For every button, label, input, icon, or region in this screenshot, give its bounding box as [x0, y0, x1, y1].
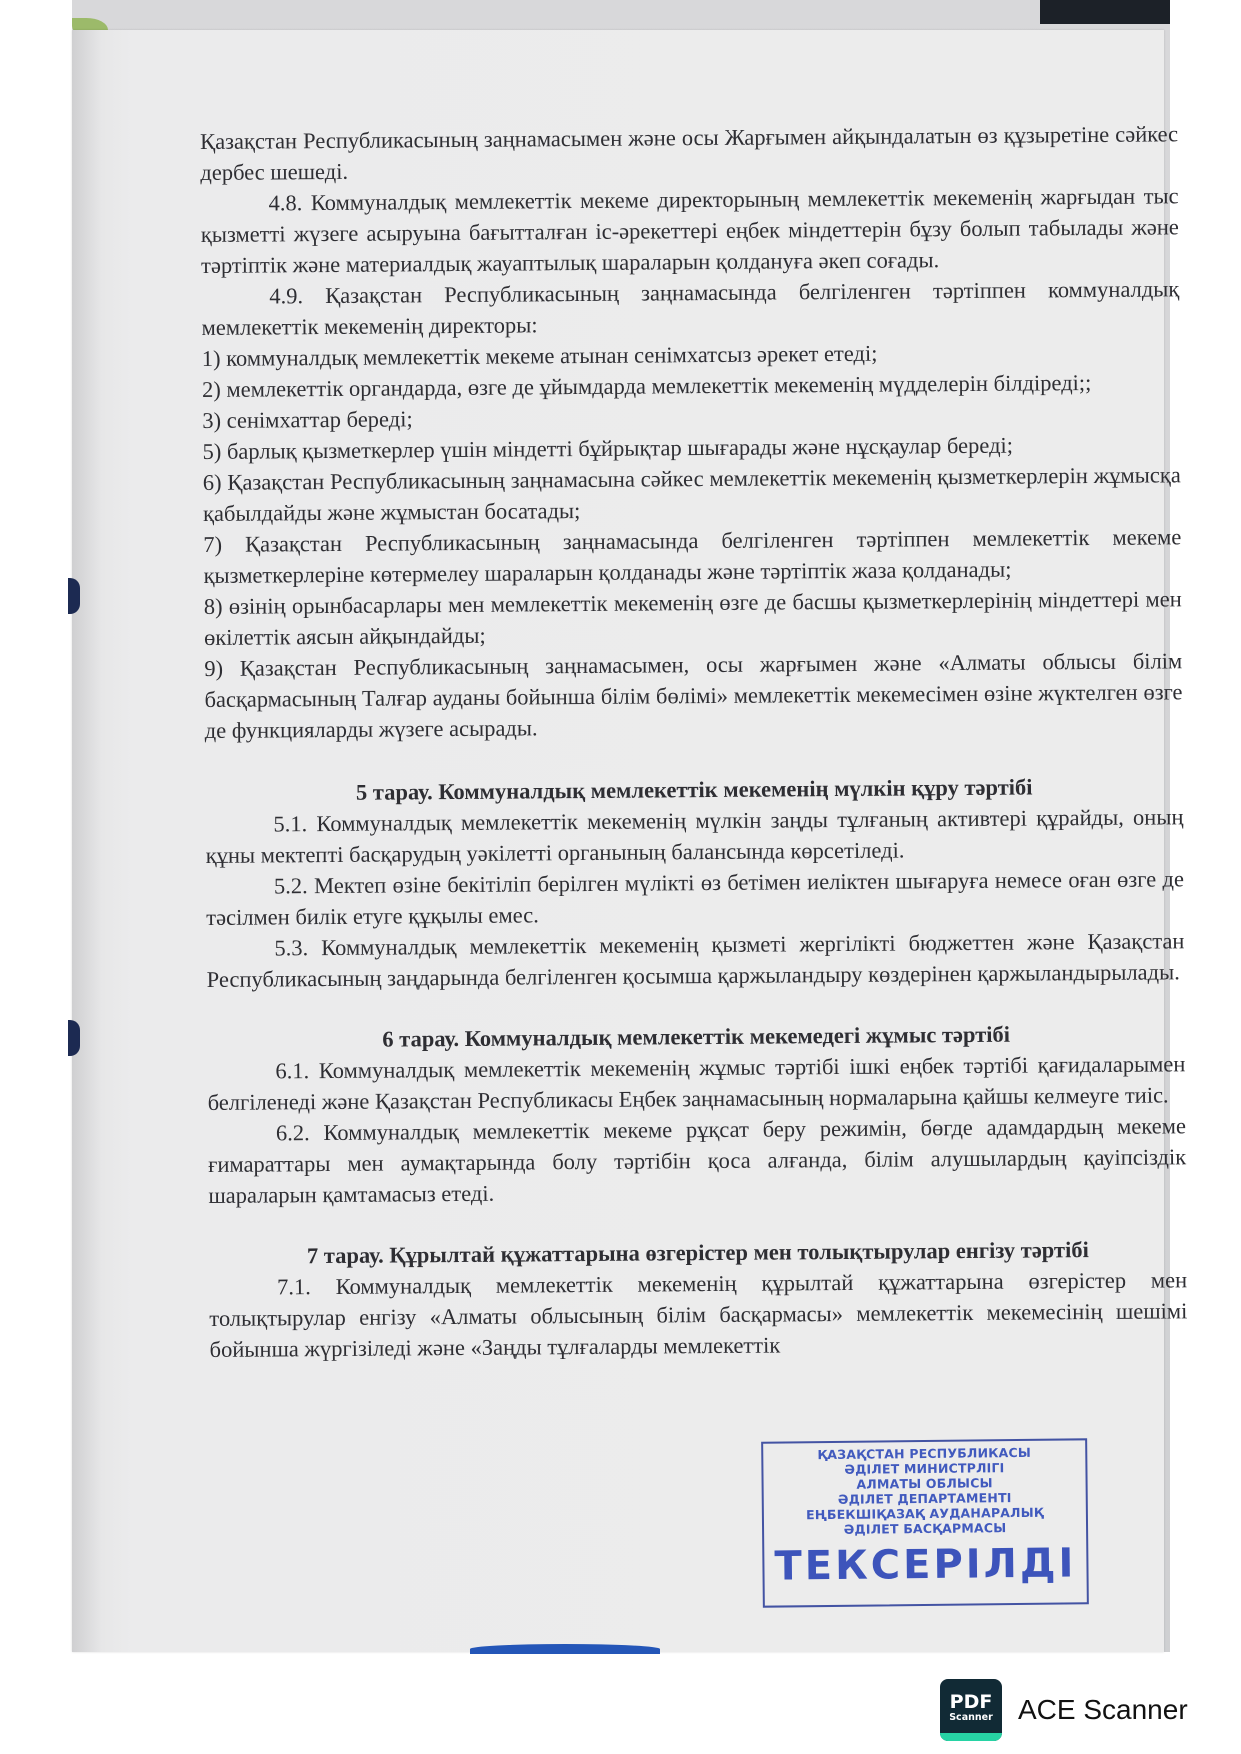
background-object [1040, 0, 1170, 24]
clause-paragraph: 6.1. Коммуналдық мемлекеттік мекеменің ж… [207, 1048, 1185, 1118]
list-item: 7) Қазақстан Республикасының заңнамасынд… [203, 521, 1181, 591]
list-item: Қазақстан Республикасының заңнамасымен ж… [200, 118, 1178, 188]
stamp-verdict: ТЕКСЕРІЛДІ [764, 1540, 1086, 1589]
list-item: 9) Қазақстан Республикасының заңнамасыме… [204, 645, 1183, 746]
list-item: 8) өзінің орынбасарлары мен мемлекеттік … [204, 583, 1182, 653]
clause-paragraph: 5.3. Коммуналдық мемлекеттік мекеменің қ… [206, 925, 1184, 995]
clause-paragraph: 4.9. Қазақстан Республикасының заңнамасы… [201, 273, 1179, 343]
scanner-app-name: ACE Scanner [1018, 1694, 1188, 1726]
clause-paragraph: 4.8. Коммуналдық мемлекеттік мекеме дире… [200, 180, 1179, 281]
scanner-watermark: PDF Scanner ACE Scanner [940, 1680, 1188, 1740]
verification-stamp: ҚАЗАҚСТАН РЕСПУБЛИКАСЫ ӘДІЛЕТ МИНИСТРЛІГ… [761, 1438, 1089, 1607]
document-page: Қазақстан Республикасының заңнамасымен ж… [72, 30, 1164, 1652]
background-object [470, 1644, 660, 1654]
clause-paragraph: 7.1. Коммуналдық мемлекеттік мекеменің қ… [209, 1264, 1188, 1365]
binder-hole-mark [68, 578, 80, 614]
clause-paragraph: 5.1. Коммуналдық мемлекеттік мекеменің м… [205, 801, 1183, 871]
clause-paragraph: 6.2. Коммуналдық мемлекеттік мекеме рұқс… [208, 1110, 1187, 1211]
document-body: Қазақстан Республикасының заңнамасымен ж… [200, 118, 1188, 1365]
list-item: 6) Қазақстан Республикасының заңнамасына… [203, 459, 1181, 529]
pdf-scanner-logo-icon: PDF Scanner [940, 1679, 1002, 1741]
binder-hole-mark [68, 1020, 80, 1056]
clause-paragraph: 5.2. Мектеп өзіне бекітіліп берілген мүл… [206, 863, 1184, 933]
